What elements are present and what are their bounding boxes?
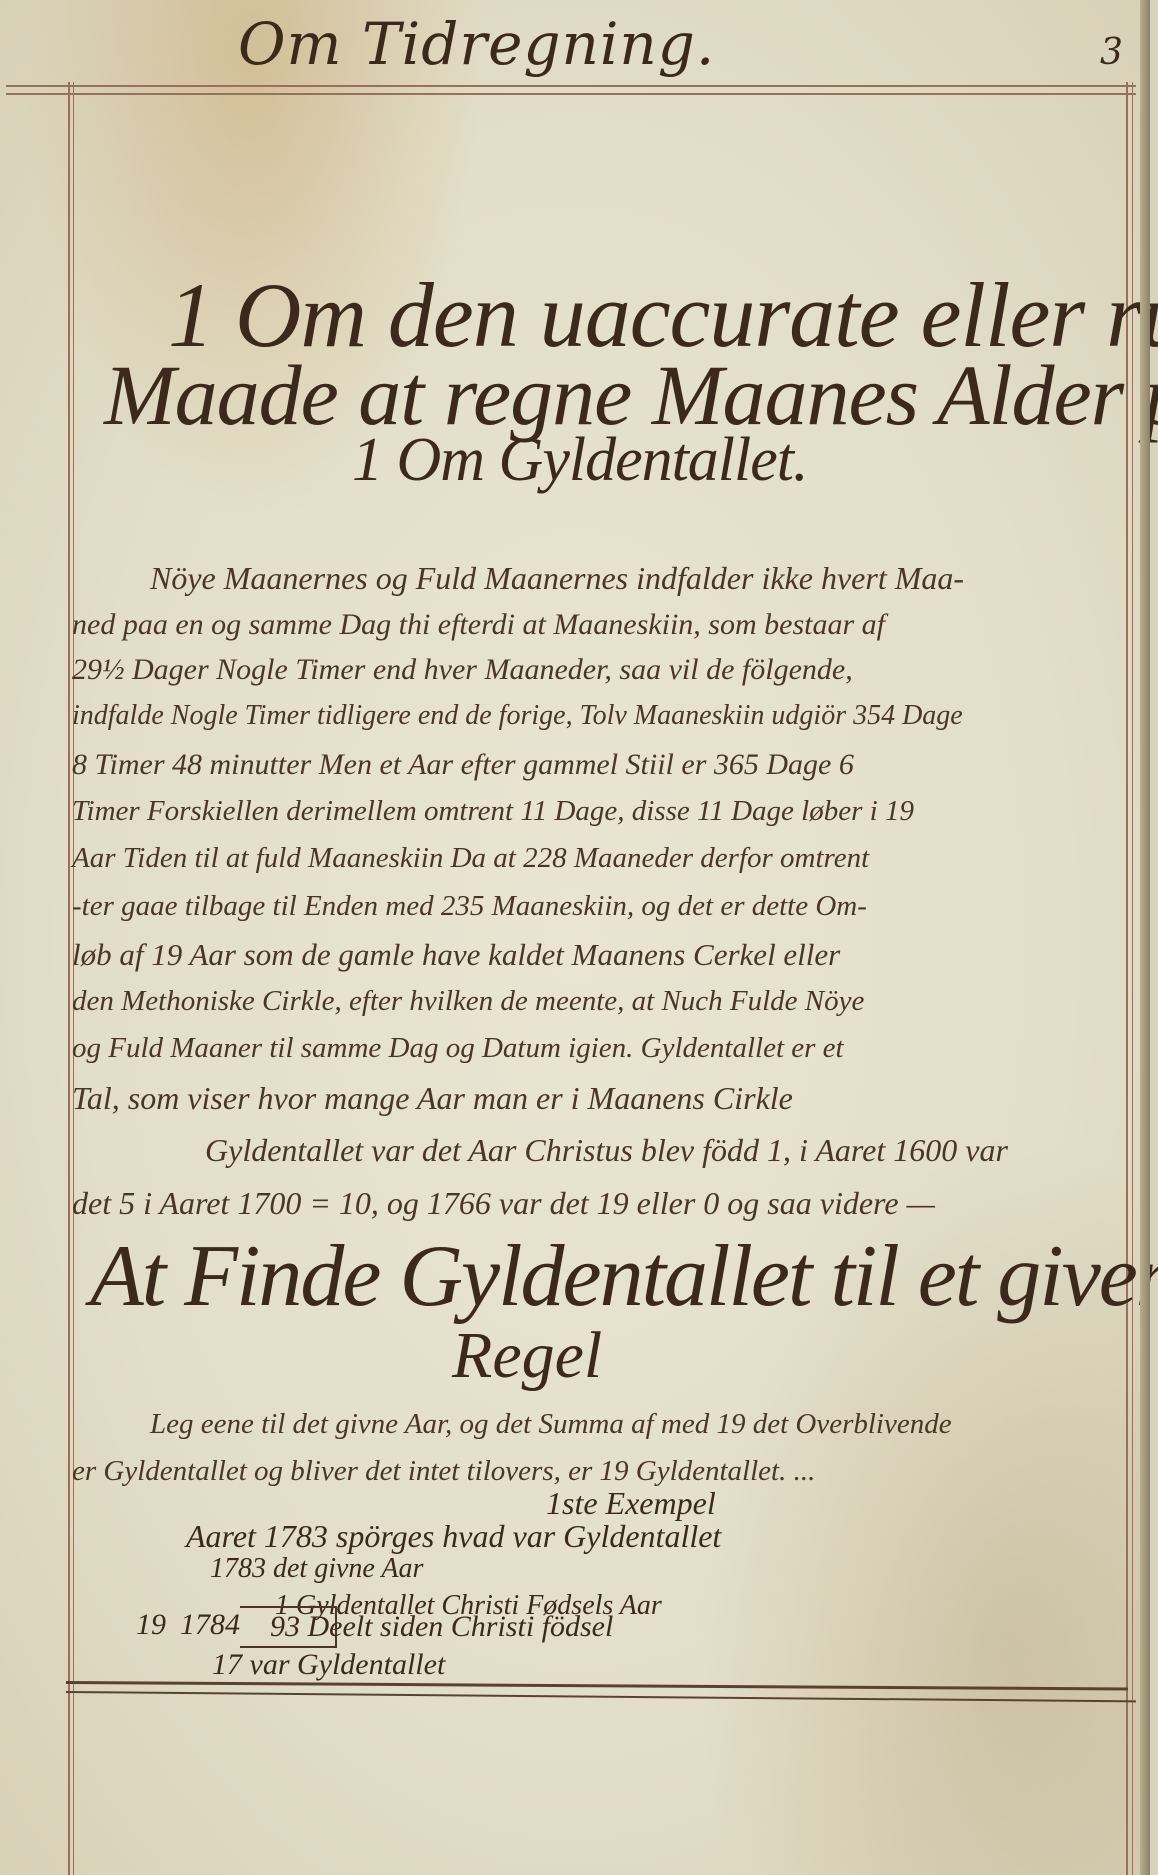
top-rule-2 — [6, 93, 1136, 95]
paragraph-line: ned paa en og samme Dag thi efterdi at M… — [72, 608, 885, 642]
paragraph-line: Gyldentallet var det Aar Christus blev f… — [205, 1132, 1008, 1169]
paragraph-line: og Fuld Maaner til samme Dag og Datum ig… — [72, 1032, 844, 1065]
paragraph-line: 29½ Dager Nogle Timer end hver Maaneder,… — [72, 653, 853, 687]
paragraph-line: det 5 i Aaret 1700 = 10, og 1766 var det… — [72, 1185, 935, 1222]
example-line: 93 Deelt siden Christi födsel — [270, 1610, 613, 1644]
paragraph-line: Timer Forskiellen derimellem omtrent 11 … — [72, 795, 914, 828]
paragraph-line: Aar Tiden til at fuld Maaneskiin Da at 2… — [72, 842, 869, 875]
left-margin-rule-1 — [68, 82, 70, 1875]
rule-heading: Regel — [452, 1318, 602, 1394]
paragraph-line: 8 Timer 48 minutter Men et Aar efter gam… — [72, 748, 854, 782]
paragraph-line: løb af 19 Aar som de gamle have kaldet M… — [72, 937, 840, 973]
example-title: 1ste Exempel — [546, 1485, 716, 1522]
rule-line: Leg eene til det givne Aar, og det Summa… — [150, 1408, 952, 1441]
top-rule-1 — [6, 85, 1136, 87]
paragraph-line: Tal, som viser hvor mange Aar man er i M… — [72, 1080, 793, 1117]
example-line: 1783 det givne Aar — [210, 1553, 423, 1585]
paragraph-line: -ter gaae tilbage til Enden med 235 Maan… — [72, 890, 867, 923]
paragraph-line: indfalde Nogle Timer tidligere end de fo… — [72, 700, 963, 732]
manuscript-page: Om Tidregning. 3 1 Om den uaccurate elle… — [0, 0, 1150, 1875]
division-divisor: 19 — [136, 1608, 166, 1642]
example-line: 17 var Gyldentallet — [212, 1648, 445, 1682]
left-margin-rule-2 — [73, 82, 74, 1875]
bottom-rule-1 — [66, 1681, 1128, 1690]
section-heading: At Finde Gyldentallet til et given Aar — [90, 1226, 1158, 1327]
paragraph-line: Nöye Maanernes og Fuld Maanernes indfald… — [150, 560, 964, 597]
heading-line-3: 1 Om Gyldentallet. — [352, 425, 808, 496]
division-dividend: 1784 — [180, 1608, 240, 1642]
paragraph-line: den Methoniske Cirkle, efter hvilken de … — [72, 985, 864, 1018]
example-line: Aaret 1783 spörges hvad var Gyldentallet — [186, 1518, 721, 1555]
rule-line: er Gyldentallet og bliver det intet tilo… — [72, 1455, 815, 1488]
page-number: 3 — [1100, 32, 1123, 73]
bottom-rule-2 — [66, 1691, 1136, 1702]
page-header-title: Om Tidregning. — [238, 10, 715, 78]
page-edge — [1140, 0, 1150, 1875]
